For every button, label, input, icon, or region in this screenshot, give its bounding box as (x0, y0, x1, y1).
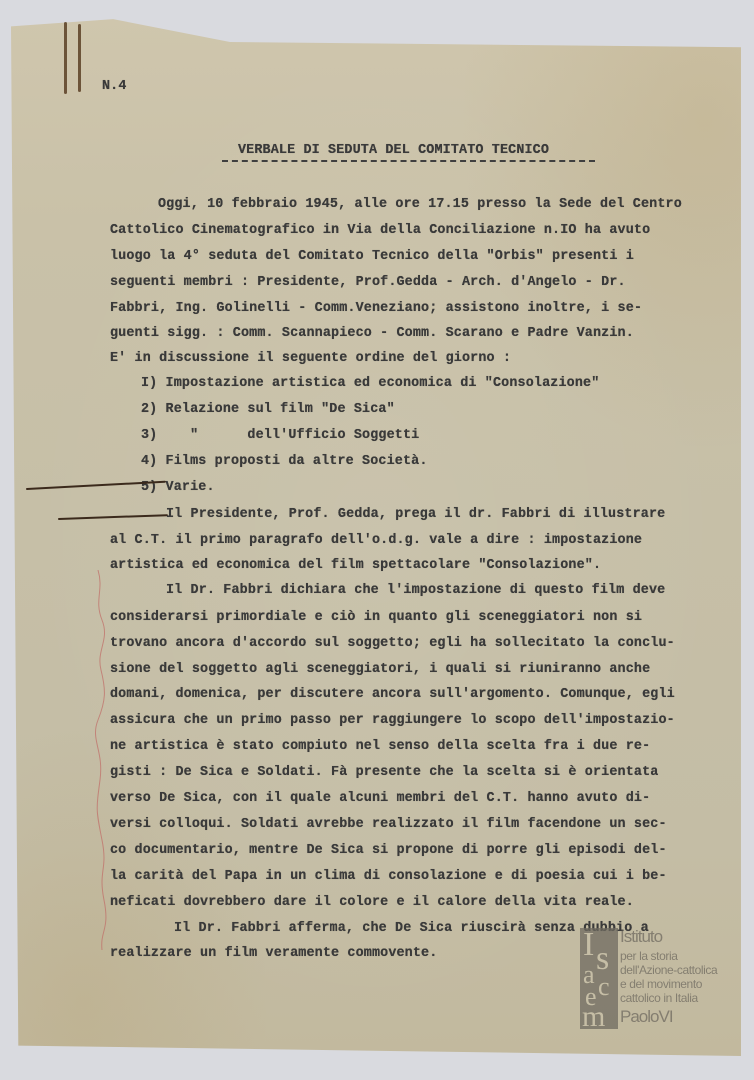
watermark-text: dell'Azione-cattolica (620, 964, 717, 976)
body-line: trovano ancora d'accordo sul soggetto; e… (110, 637, 675, 650)
watermark-letter: c (598, 974, 610, 1000)
binding-mark-left (64, 22, 67, 94)
intro-line: seguenti membri : Presidente, Prof.Gedda… (110, 276, 626, 289)
body-line: Il Presidente, Prof. Gedda, prega il dr.… (166, 508, 665, 521)
watermark-letter: m (582, 1002, 605, 1032)
document-number: N.4 (102, 80, 127, 93)
intro-line: Fabbri, Ing. Golinelli - Comm.Veneziano;… (110, 302, 642, 315)
intro-line: E' in discussione il seguente ordine del… (110, 352, 511, 365)
watermark-text: e del movimento (620, 978, 702, 990)
body-line: neficati dovrebbero dare il colore e il … (110, 896, 634, 909)
watermark-text: Istituto (620, 928, 662, 945)
body-line: versi colloqui. Soldati avrebbe realizza… (110, 818, 667, 831)
body-line: gisti : De Sica e Soldati. Fà presente c… (110, 766, 658, 779)
body-line: sione del soggetto agli sceneggiatori, i… (110, 663, 650, 676)
intro-line: Oggi, 10 febbraio 1945, alle ore 17.15 p… (158, 198, 682, 211)
body-line: co documentario, mentre De Sica si propo… (110, 844, 667, 857)
intro-line: Cattolico Cinematografico in Via della C… (110, 224, 650, 237)
institute-watermark-logo: I s a c e m Istituto per la storia dell'… (580, 928, 730, 1032)
red-pencil-margin-mark (92, 570, 112, 950)
title-underline (222, 160, 595, 162)
watermark-letter-block: I s a c e m (580, 928, 618, 1029)
body-line: domani, domenica, per discutere ancora s… (110, 688, 675, 701)
body-line: ne artistica è stato compiuto nel senso … (110, 740, 650, 753)
body-line: Il Dr. Fabbri dichiara che l'impostazion… (166, 584, 665, 597)
body-line: Il Dr. Fabbri afferma, che De Sica riusc… (174, 922, 649, 935)
binding-mark-right (78, 24, 81, 92)
watermark-text: per la storia (620, 950, 678, 962)
agenda-item: 2) Relazione sul film "De Sica" (141, 403, 395, 416)
intro-line: luogo la 4° seduta del Comitato Tecnico … (110, 250, 634, 263)
body-line: verso De Sica, con il quale alcuni membr… (110, 792, 650, 805)
agenda-item: 4) Films proposti da altre Società. (141, 455, 428, 468)
body-line: realizzare un film veramente commovente. (110, 947, 437, 960)
agenda-item: 3) " dell'Ufficio Soggetti (141, 429, 419, 442)
watermark-text: cattolico in Italia (620, 992, 698, 1004)
body-line: la carità del Papa in un clima di consol… (110, 870, 667, 883)
body-line: considerarsi primordiale e ciò in quanto… (110, 611, 642, 624)
document-title: VERBALE DI SEDUTA DEL COMITATO TECNICO (238, 144, 549, 157)
watermark-text: PaoloVI (620, 1008, 673, 1025)
watermark-letter: s (596, 942, 609, 976)
agenda-item: I) Impostazione artistica ed economica d… (141, 377, 599, 390)
body-line: assicura che un primo passo per raggiung… (110, 714, 675, 727)
body-line: artistica ed economica del film spettaco… (110, 559, 601, 572)
watermark-letter: I (583, 928, 594, 962)
intro-line: guenti sigg. : Comm. Scannapieco - Comm.… (110, 327, 634, 340)
body-line: al C.T. il primo paragrafo dell'o.d.g. v… (110, 534, 642, 547)
